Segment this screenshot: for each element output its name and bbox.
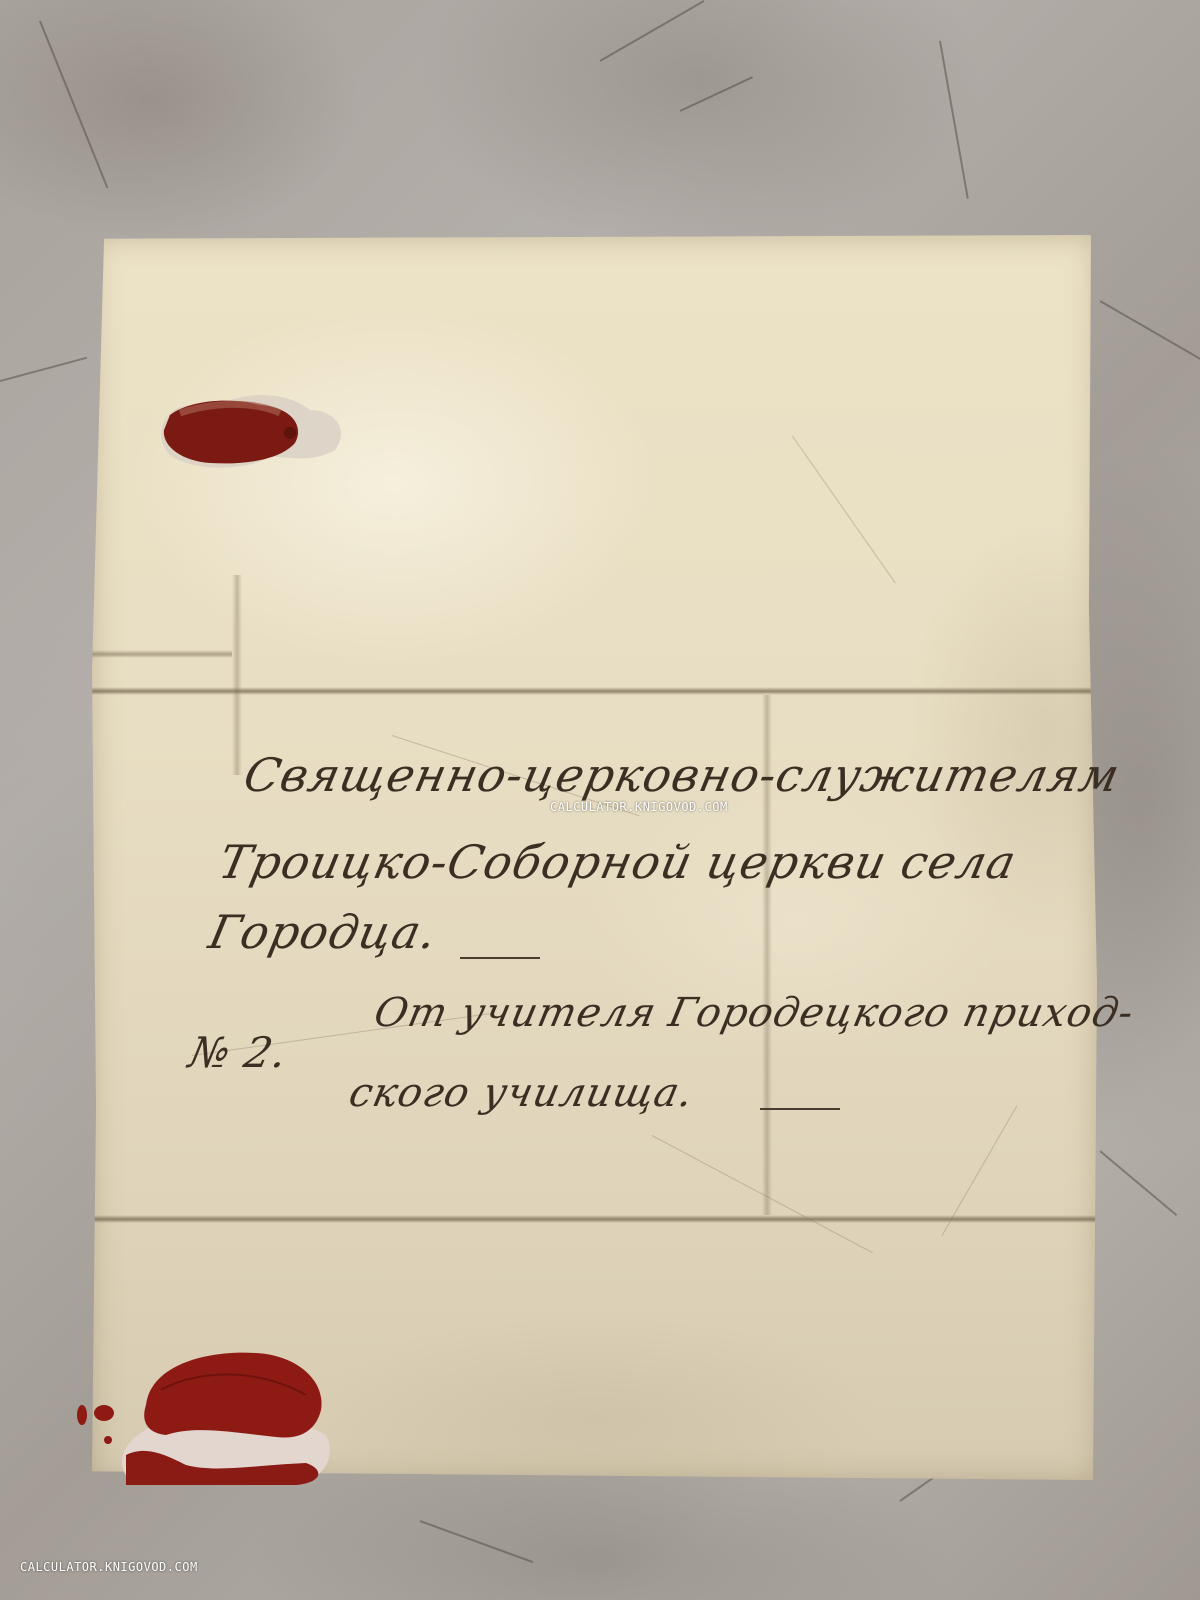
background-crack xyxy=(1099,1150,1177,1216)
address-line-3: Городца. xyxy=(204,905,442,959)
background-crack xyxy=(1100,300,1200,372)
background-crack xyxy=(600,0,705,62)
watermark-bottom-left: CALCULATOR.KNIGOVOD.COM xyxy=(20,1560,198,1574)
paper-crease xyxy=(792,435,896,583)
background-crack xyxy=(939,41,969,199)
underline-dash xyxy=(460,957,540,959)
address-line-2: Троицко-Соборной церкви села xyxy=(214,835,1021,889)
wax-seal-bottom-left xyxy=(76,1345,346,1485)
background-crack xyxy=(680,76,753,112)
sender-line-1: От учителя Городецкого приход- xyxy=(370,990,1138,1036)
fold-line-bottom xyxy=(92,1215,1097,1223)
underline-dash xyxy=(760,1108,840,1110)
fold-line-stain xyxy=(92,650,232,658)
background-crack xyxy=(39,21,108,189)
envelope-number: № 2. xyxy=(185,1028,293,1077)
background-crack xyxy=(420,1520,533,1563)
address-line-1: Священно-церковно-служителям xyxy=(239,748,1125,802)
fold-line-top xyxy=(92,687,1097,695)
sender-line-2: ского училища. xyxy=(345,1070,698,1116)
wax-seal-top-left xyxy=(150,385,360,475)
background-crack xyxy=(0,357,87,382)
watermark-center: CALCULATOR.KNIGOVOD.COM xyxy=(550,800,728,814)
fold-stain-left xyxy=(232,575,242,775)
